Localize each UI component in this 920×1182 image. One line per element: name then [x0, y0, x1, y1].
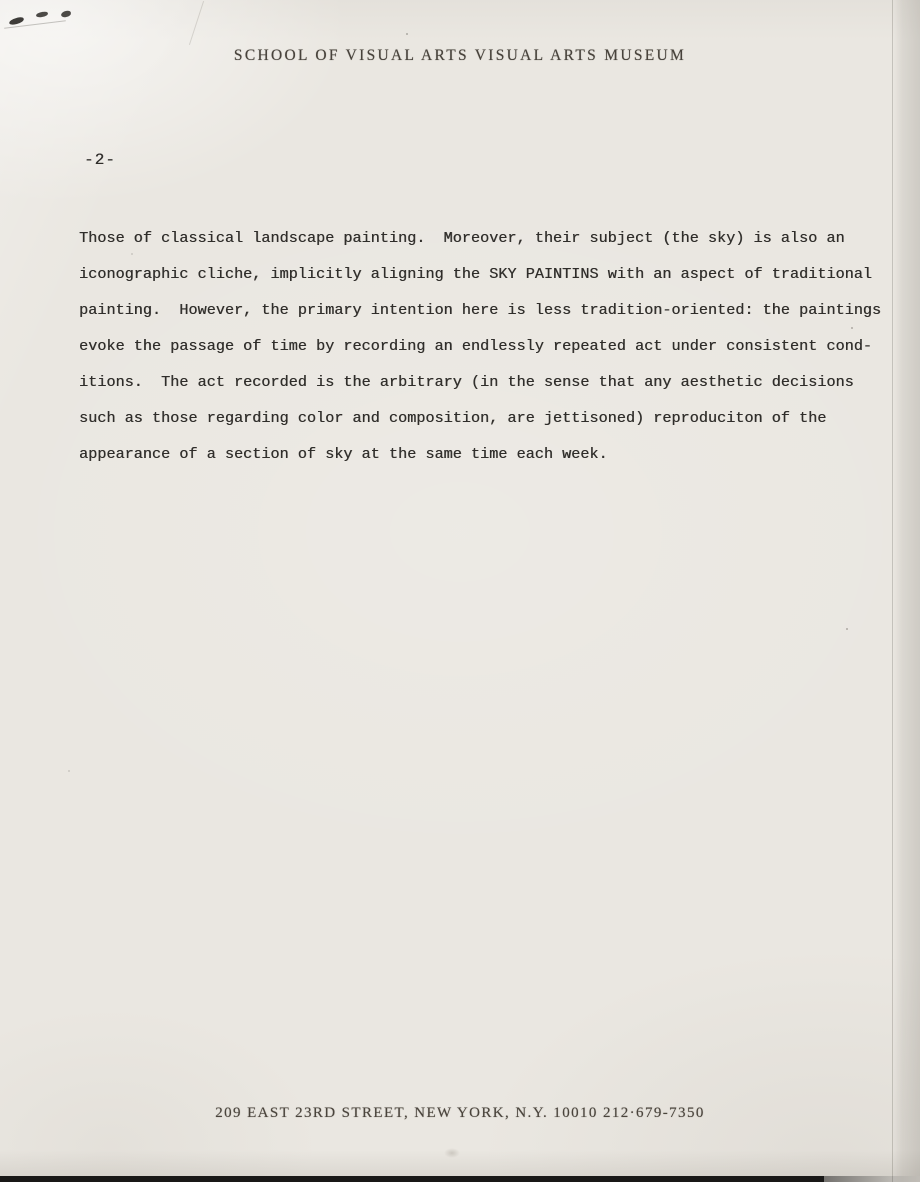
letterhead-title: SCHOOL OF VISUAL ARTS VISUAL ARTS MUSEUM [0, 47, 920, 65]
paper-edge-shadow [892, 0, 920, 1182]
paper-crease [189, 1, 204, 45]
pen-mark [36, 11, 49, 18]
pen-mark [8, 16, 24, 25]
dust-speck [406, 33, 408, 35]
pen-mark [61, 10, 72, 18]
scanned-document-page: SCHOOL OF VISUAL ARTS VISUAL ARTS MUSEUM… [0, 0, 920, 1182]
body-line: evoke the passage of time by recording a… [79, 328, 889, 364]
body-line: Those of classical landscape painting. M… [79, 220, 889, 256]
letterhead-address: 209 EAST 23RD STREET, NEW YORK, N.Y. 100… [0, 1105, 920, 1122]
dust-speck [851, 327, 853, 329]
dust-speck [846, 628, 848, 630]
pen-scribble-marks [0, 0, 90, 40]
document-body: Those of classical landscape painting. M… [79, 220, 889, 472]
body-line: iconographic cliche, implicitly aligning… [79, 256, 889, 292]
paper-bottom-shade [0, 1150, 920, 1176]
body-line: painting. However, the primary intention… [79, 292, 889, 328]
page-number: -2- [84, 151, 116, 169]
dust-speck [131, 253, 133, 255]
scanner-edge-bar [0, 1176, 824, 1182]
scanner-edge-bar-fade [824, 1176, 920, 1182]
dust-speck [68, 770, 70, 772]
body-line: itions. The act recorded is the arbitrar… [79, 364, 889, 400]
body-line: appearance of a section of sky at the sa… [79, 436, 889, 472]
paper-smudge [444, 1148, 460, 1158]
body-line: such as those regarding color and compos… [79, 400, 889, 436]
